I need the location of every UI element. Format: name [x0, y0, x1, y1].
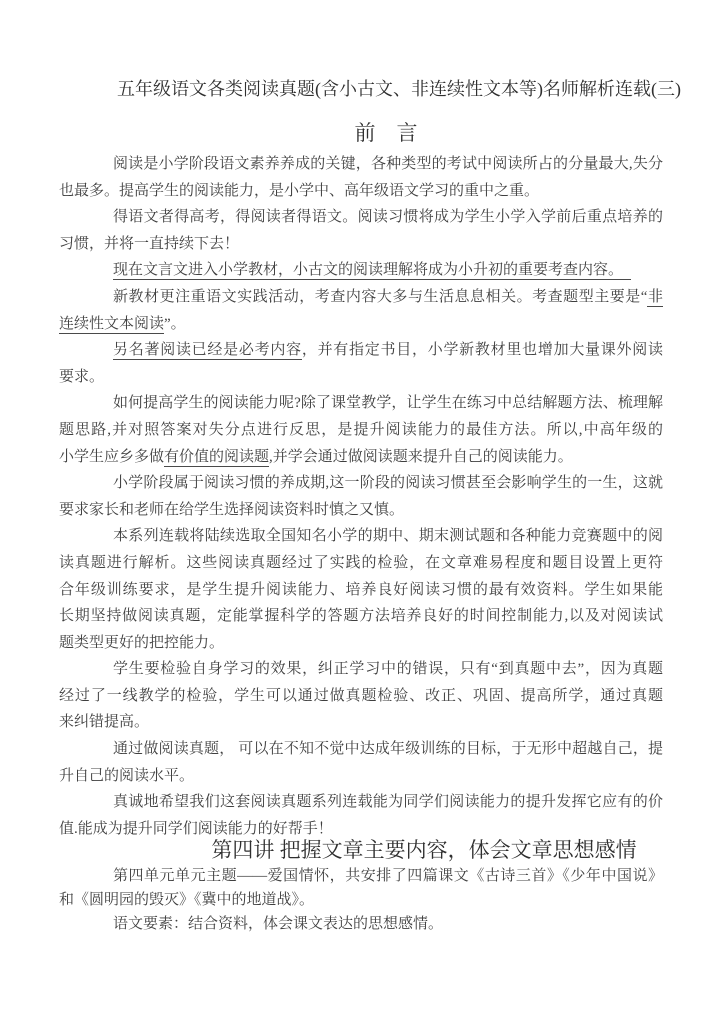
- text-run: 也最多。提高学生的阅读能力，是小学中、高年级语文学习的重中之重。: [59, 183, 539, 199]
- text-line: 题思路,并对照答案对失分点进行反思，是提升阅读能力的最佳方法。所以,中高年级的: [59, 417, 663, 444]
- text-line: 真诚地希望我们这套阅读真题系列连载能为同学们阅读能力的提升发挥它应有的价: [59, 789, 663, 816]
- text-line: 读真题进行解析。这些阅读真题经过了实践的检验，在文章难易程度和题目设置上更符: [59, 550, 663, 577]
- text-line: 长期坚持做阅读真题，定能掌握科学的答题方法培养良好的时间控制能力,以及对阅读试: [59, 603, 663, 630]
- text-line: 本系列连载将陆续选取全国知名小学的期中、期末测试题和各种能力竞赛题中的阅: [59, 523, 663, 550]
- text-line: 升自己的阅读水平。: [59, 763, 663, 790]
- text-run: 和《圆明园的毁灭》《冀中的地道战》。: [59, 892, 314, 908]
- text-run: 习惯，并将一直持续下去！: [59, 236, 239, 252]
- text-line: 阅读是小学阶段语文素养养成的关键，各种类型的考试中阅读所占的分量最大,失分: [59, 151, 663, 178]
- underlined-text: 非: [647, 289, 663, 307]
- text-run: 第四单元单元主题——爱国情怀，共安排了四篇课文《古诗三首》《少年中国说》: [113, 868, 663, 884]
- text-run: 得语文者得高考，得阅读者得语文。阅读习惯将成为学生小学入学前后重点培养的: [113, 209, 663, 225]
- text-line: 来纠错提高。: [59, 709, 663, 736]
- text-run: 读真题进行解析。这些阅读真题经过了实践的检验，在文章难易程度和题目设置上更符: [59, 555, 663, 571]
- underlined-text: 另名著阅读已经是必考内容: [113, 342, 302, 360]
- text-line: 新教材更注重语文实践活动，考查内容大多与生活息息相关。考查题型主要是“非: [59, 284, 663, 311]
- text-line: 题类型更好的把控能力。: [59, 630, 663, 657]
- text-line: 第四单元单元主题——爱国情怀，共安排了四篇课文《古诗三首》《少年中国说》: [59, 864, 663, 888]
- preface-body: 阅读是小学阶段语文素养养成的关键，各种类型的考试中阅读所占的分量最大,失分也最多…: [59, 151, 663, 842]
- underlined-text: 有价值的阅读题: [164, 449, 269, 467]
- text-run: 新教材更注重语文实践活动，考查内容大多与生活息息相关。考查题型主要是“: [113, 289, 647, 305]
- text-line: 另名著阅读已经是必考内容，并有指定书目，小学新教材里也增加大量课外阅读: [59, 337, 663, 364]
- text-line: 合年级训练要求，是学生提升阅读能力、培养良好阅读习惯的最有效资料。学生如果能: [59, 577, 663, 604]
- text-line: 经过了一线教学的检验，学生可以通过做真题检验、改正、巩固、提高所学，通过真题: [59, 683, 663, 710]
- text-run: 语文要素：结合资料，体会课文表达的思想感情。: [113, 916, 443, 932]
- text-line: 也最多。提高学生的阅读能力，是小学中、高年级语文学习的重中之重。: [59, 178, 663, 205]
- text-run: 真诚地希望我们这套阅读真题系列连载能为同学们阅读能力的提升发挥它应有的价: [113, 794, 663, 810]
- text-run: 升自己的阅读水平。: [59, 768, 194, 784]
- text-run: 阅读是小学阶段语文素养养成的关键，各种类型的考试中阅读所占的分量最大,失分: [113, 156, 663, 172]
- underlined-text: 现在文言文进入小学教材，小古文的阅读理解将成为小升初的重要考查内容。: [113, 262, 616, 280]
- text-run: 要求。: [59, 369, 104, 385]
- underlined-text: 连续性文本阅读: [59, 316, 164, 334]
- text-line: 如何提高学生的阅读能力呢?除了课堂教学，让学生在练习中总结解题方法、梳理解: [59, 390, 663, 417]
- text-line: 小学生应乡多做有价值的阅读题,并学会通过做阅读题来提升自己的阅读能力。: [59, 444, 663, 471]
- text-line: 连续性文本阅读”。: [59, 311, 663, 338]
- text-line: 现在文言文进入小学教材，小古文的阅读理解将成为小升初的重要考查内容。: [59, 257, 663, 284]
- text-line: 要求。: [59, 364, 663, 391]
- text-run: ,并学会通过做阅读题来提升自己的阅读能力。: [269, 449, 573, 465]
- text-run: 要求家长和老师在给学生选择阅读资料时慎之又慎。: [59, 502, 404, 518]
- text-run: 题思路,并对照答案对失分点进行反思，是提升阅读能力的最佳方法。所以,中高年级的: [59, 422, 663, 438]
- text-run: 值.能成为提升同学们阅读能力的好帮手！: [59, 821, 333, 837]
- text-line: 通过做阅读真题， 可以在不知不觉中达成年级训练的目标，于无形中超越自己，提: [59, 736, 663, 763]
- text-line: 得语文者得高考，得阅读者得语文。阅读习惯将成为学生小学入学前后重点培养的: [59, 204, 663, 231]
- text-run: ”。: [164, 316, 186, 332]
- text-run: 如何提高学生的阅读能力呢?除了课堂教学，让学生在练习中总结解题方法、梳理解: [113, 395, 663, 411]
- underlined-text: [616, 262, 631, 280]
- text-line: 习惯，并将一直持续下去！: [59, 231, 663, 258]
- text-run: 通过做阅读真题， 可以在不知不觉中达成年级训练的目标，于无形中超越自己，提: [113, 741, 663, 757]
- text-run: 合年级训练要求，是学生提升阅读能力、培养良好阅读习惯的最有效资料。学生如果能: [59, 582, 663, 598]
- text-run: 经过了一线教学的检验，学生可以通过做真题检验、改正、巩固、提高所学，通过真题: [59, 688, 663, 704]
- text-line: 学生要检验自身学习的效果，纠正学习中的错误，只有“到真题中去”，因为真题: [59, 656, 663, 683]
- text-run: 小学生应乡多做: [59, 449, 164, 465]
- text-run: 来纠错提高。: [59, 714, 149, 730]
- text-run: 学生要检验自身学习的效果，纠正学习中的错误，只有“到真题中去”，因为真题: [113, 661, 663, 677]
- text-run: ，并有指定书目，小学新教材里也增加大量课外阅读: [302, 342, 663, 358]
- text-run: 题类型更好的把控能力。: [59, 635, 224, 651]
- text-run: 长期坚持做阅读真题，定能掌握科学的答题方法培养良好的时间控制能力,以及对阅读试: [59, 608, 663, 624]
- text-run: 本系列连载将陆续选取全国知名小学的期中、期末测试题和各种能力竞赛题中的阅: [113, 528, 663, 544]
- document-page: 五年级语文各类阅读真题(含小古文、非连续性文本等)名师解析连载(三) 前 言 阅…: [0, 0, 724, 1024]
- section-heading: 第四讲 把握文章主要内容，体会文章思想感情: [62, 836, 724, 864]
- text-line: 要求家长和老师在给学生选择阅读资料时慎之又慎。: [59, 497, 663, 524]
- text-run: 小学阶段属于阅读习惯的养成期,这一阶段的阅读习惯甚至会影响学生的一生，这就: [113, 475, 663, 491]
- text-line: 语文要素：结合资料，体会课文表达的思想感情。: [59, 912, 663, 936]
- text-line: 小学阶段属于阅读习惯的养成期,这一阶段的阅读习惯甚至会影响学生的一生，这就: [59, 470, 663, 497]
- section-body: 第四单元单元主题——爱国情怀，共安排了四篇课文《古诗三首》《少年中国说》和《圆明…: [59, 864, 663, 936]
- document-title: 五年级语文各类阅读真题(含小古文、非连续性文本等)名师解析连载(三): [37, 77, 724, 101]
- preface-heading: 前 言: [24, 118, 724, 148]
- text-line: 和《圆明园的毁灭》《冀中的地道战》。: [59, 888, 663, 912]
